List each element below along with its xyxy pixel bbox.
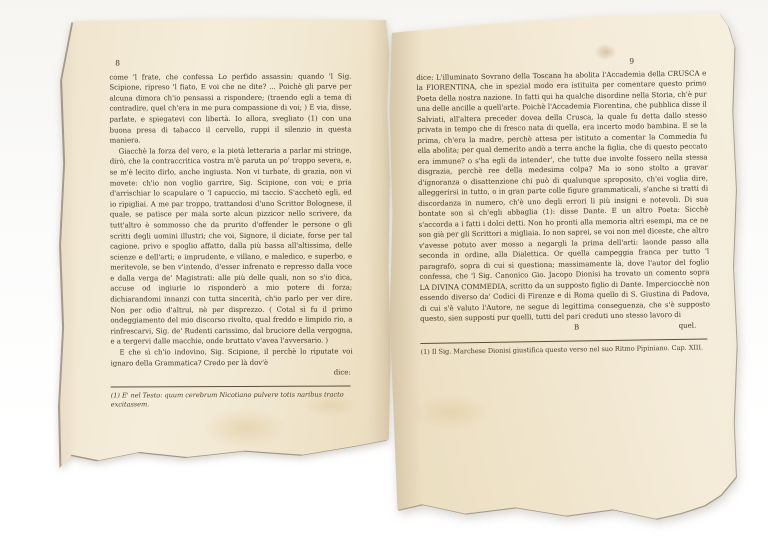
right-text-column: 9 dice: L'illuminato Sovrano della Tosca… — [416, 55, 711, 356]
catchword: quel. — [679, 320, 697, 331]
right-page: 9 dice: L'illuminato Sovrano della Tosca… — [386, 8, 746, 526]
footnote: (1) Il Sig. Marchese Dionisi giustifica … — [421, 343, 711, 356]
paragraph: come 'l frate, che confessa Lo perfido a… — [109, 71, 351, 146]
left-page: 8 come 'l frate, che confessa Lo perfido… — [58, 16, 398, 474]
page-number: 9 — [416, 57, 634, 71]
book-spread: 8 come 'l frate, che confessa Lo perfido… — [0, 0, 768, 537]
right-page-paper: 9 dice: L'illuminato Sovrano della Tosca… — [386, 8, 746, 526]
catchword: dice: — [334, 368, 351, 379]
paragraph: Giacchè la forza del vero, e la pietà le… — [110, 145, 353, 347]
left-text-column: 8 come 'l frate, che confessa Lo perfido… — [109, 57, 353, 409]
page-number: 8 — [115, 57, 351, 69]
paragraph: E che sì ch'io indovino, Sig. Scipione, … — [110, 347, 352, 369]
footnote: (1) E' nel Testo: quum cerebrum Nicotian… — [111, 391, 353, 410]
signature-mark: B — [574, 322, 579, 333]
footnote-rule — [111, 386, 351, 388]
left-page-paper: 8 come 'l frate, che confessa Lo perfido… — [58, 16, 398, 474]
left-page-shadow-wrap: 8 come 'l frate, che confessa Lo perfido… — [58, 16, 398, 474]
right-page-shadow-wrap: 9 dice: L'illuminato Sovrano della Tosca… — [386, 8, 746, 526]
paragraph: dice: L'illuminato Sovrano della Toscana… — [416, 68, 710, 325]
catchword-line: dice: — [111, 368, 353, 380]
